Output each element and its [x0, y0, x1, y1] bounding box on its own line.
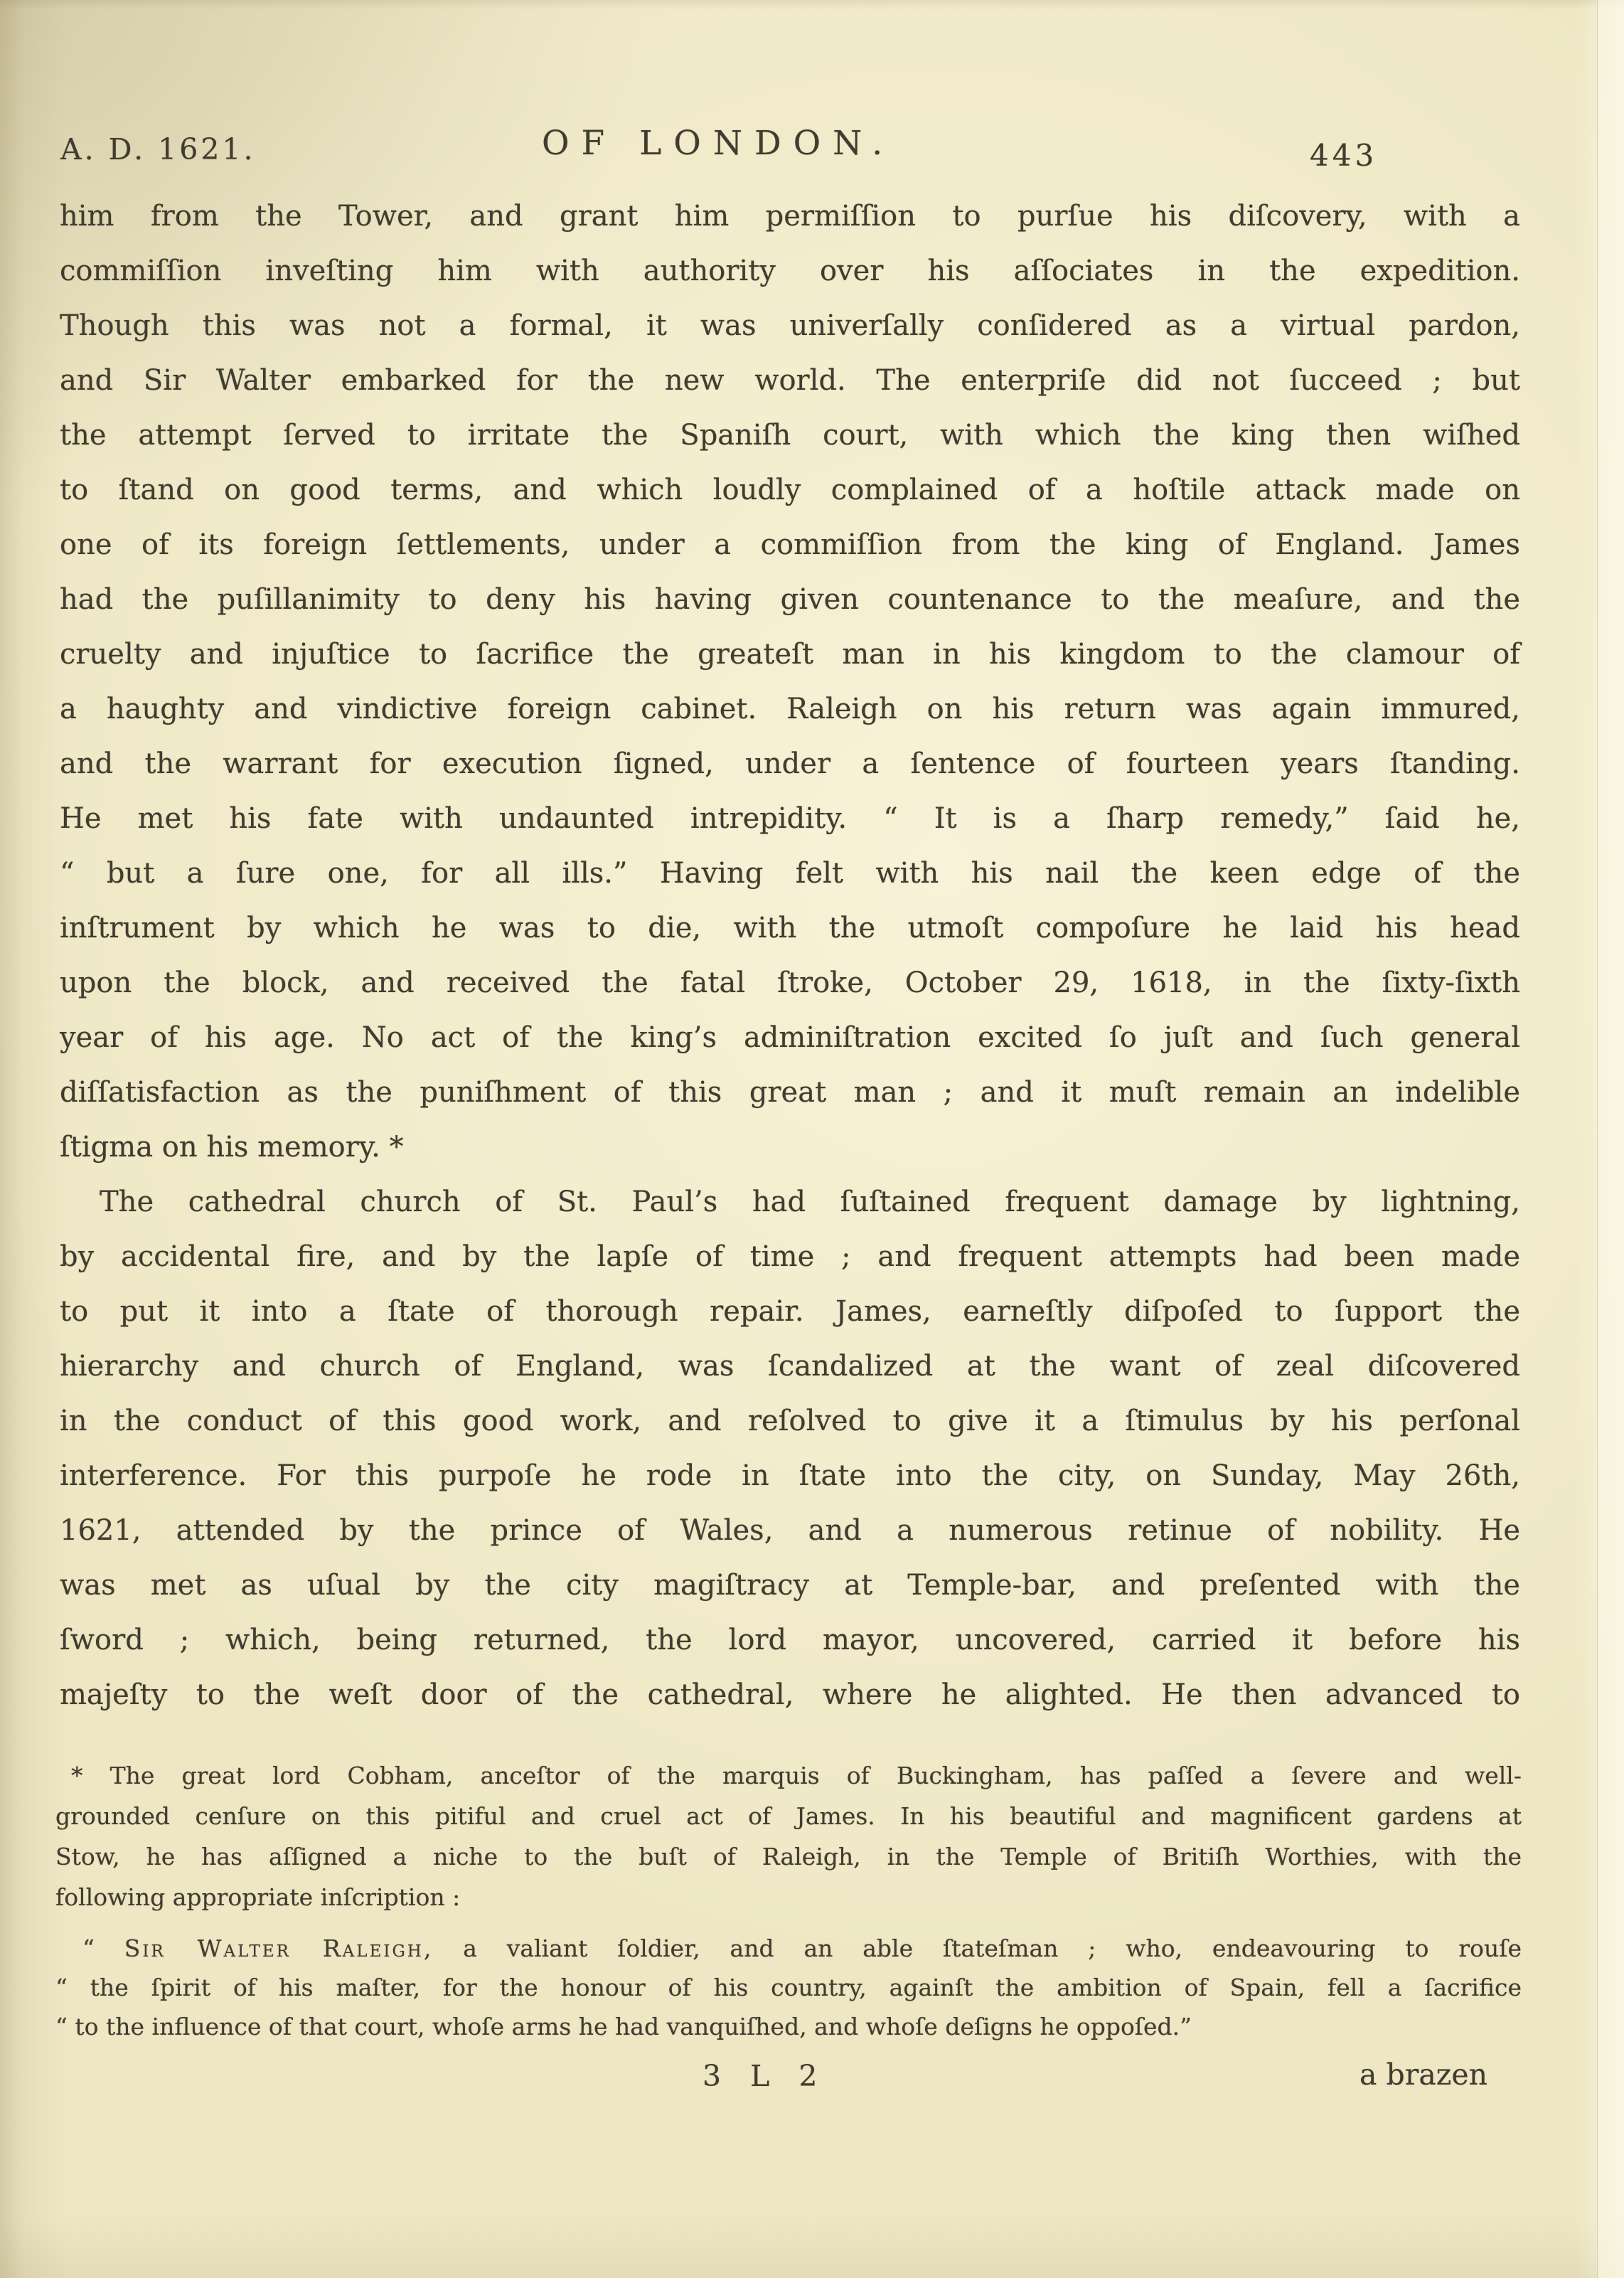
- text-line: commiſſion inveſting him with authority …: [60, 244, 1520, 299]
- main-text-block: him from the Tower, and grant him permiſ…: [60, 189, 1520, 1723]
- inscription-line: “ the ſpirit of his maſter, for the hono…: [55, 1968, 1522, 2007]
- footnote-line: following appropriate inſcription :: [55, 1877, 1522, 1917]
- text-line: year of his age. No act of the king’s ad…: [60, 1011, 1520, 1065]
- page-number: 443: [1310, 138, 1377, 173]
- inscription-block: “ Sir Walter Raleigh, a valiant ſoldier,…: [55, 1929, 1522, 2046]
- text-line: upon the block, and received the fatal ſ…: [60, 956, 1520, 1011]
- text-line: to ſtand on good terms, and which loudly…: [60, 463, 1520, 518]
- text-line: hierarchy and church of England, was ſca…: [60, 1339, 1520, 1394]
- signature-mark: 3 L 2: [703, 2059, 827, 2093]
- text-line: him from the Tower, and grant him permiſ…: [60, 189, 1520, 244]
- text-line: majeſty to the weſt door of the cathedra…: [60, 1668, 1520, 1723]
- catchword: a brazen: [1359, 2058, 1487, 2092]
- text-line: was met as uſual by the city magiſtracy …: [60, 1558, 1520, 1613]
- inscription-name-smallcaps: Sir Walter Raleigh,: [124, 1934, 434, 1962]
- text-line: the attempt ſerved to irritate the Spani…: [60, 408, 1520, 463]
- footnote-line: grounded cenſure on this pitiful and cru…: [55, 1796, 1522, 1836]
- text-line: interference. For this purpoſe he rode i…: [60, 1449, 1520, 1503]
- footnote-line: Stow, he has aſſigned a niche to the buſ…: [55, 1836, 1522, 1877]
- text-line: by accidental fire, and by the lapſe of …: [60, 1230, 1520, 1284]
- text-line: and Sir Walter embarked for the new worl…: [60, 353, 1520, 408]
- text-line: “ but a ſure one, for all ills.” Having …: [60, 846, 1520, 901]
- text-line: and the warrant for execution ſigned, un…: [60, 737, 1520, 792]
- text-line-paragraph-start: The cathedral church of St. Paul’s had ſ…: [60, 1175, 1520, 1230]
- text-line: one of its foreign ſettlements, under a …: [60, 518, 1520, 573]
- text-line: inſtrument by which he was to die, with …: [60, 901, 1520, 956]
- paper-right-edge: [1597, 0, 1624, 2278]
- text-line: He met his fate with undaunted intrepidi…: [60, 792, 1520, 846]
- text-line-paragraph-end: ſtigma on his memory. *: [60, 1120, 1520, 1175]
- text-line: Though this was not a formal, it was uni…: [60, 299, 1520, 353]
- text-line: to put it into a ſtate of thorough repai…: [60, 1284, 1520, 1339]
- text-line: a haughty and vindictive foreign cabinet…: [60, 682, 1520, 737]
- text-line: 1621, attended by the prince of Wales, a…: [60, 1503, 1520, 1558]
- text-line: in the conduct of this good work, and re…: [60, 1394, 1520, 1449]
- footnote-line: * The great lord Cobham, anceſtor of the…: [55, 1755, 1522, 1796]
- footnote-block: * The great lord Cobham, anceſtor of the…: [55, 1755, 1522, 1917]
- text-line: ſword ; which, being returned, the lord …: [60, 1613, 1520, 1668]
- running-head-date: A. D. 1621.: [60, 132, 256, 166]
- quote-mark: “: [82, 1934, 124, 1962]
- book-page-scan: A. D. 1621. OF LONDON. 443 him from the …: [0, 0, 1624, 2278]
- text-line: cruelty and injuſtice to ſacrifice the g…: [60, 627, 1520, 682]
- inscription-line: “ to the influence of that court, whoſe …: [55, 2007, 1522, 2046]
- text-line: had the puſillanimity to deny his having…: [60, 573, 1520, 627]
- text-line: diſſatisfaction as the puniſhment of thi…: [60, 1065, 1520, 1120]
- inscription-line: “ Sir Walter Raleigh, a valiant ſoldier,…: [55, 1929, 1522, 1968]
- inscription-line-rest: a valiant ſoldier, and an able ſtateſman…: [433, 1934, 1522, 1962]
- running-head-title: OF LONDON.: [542, 124, 894, 163]
